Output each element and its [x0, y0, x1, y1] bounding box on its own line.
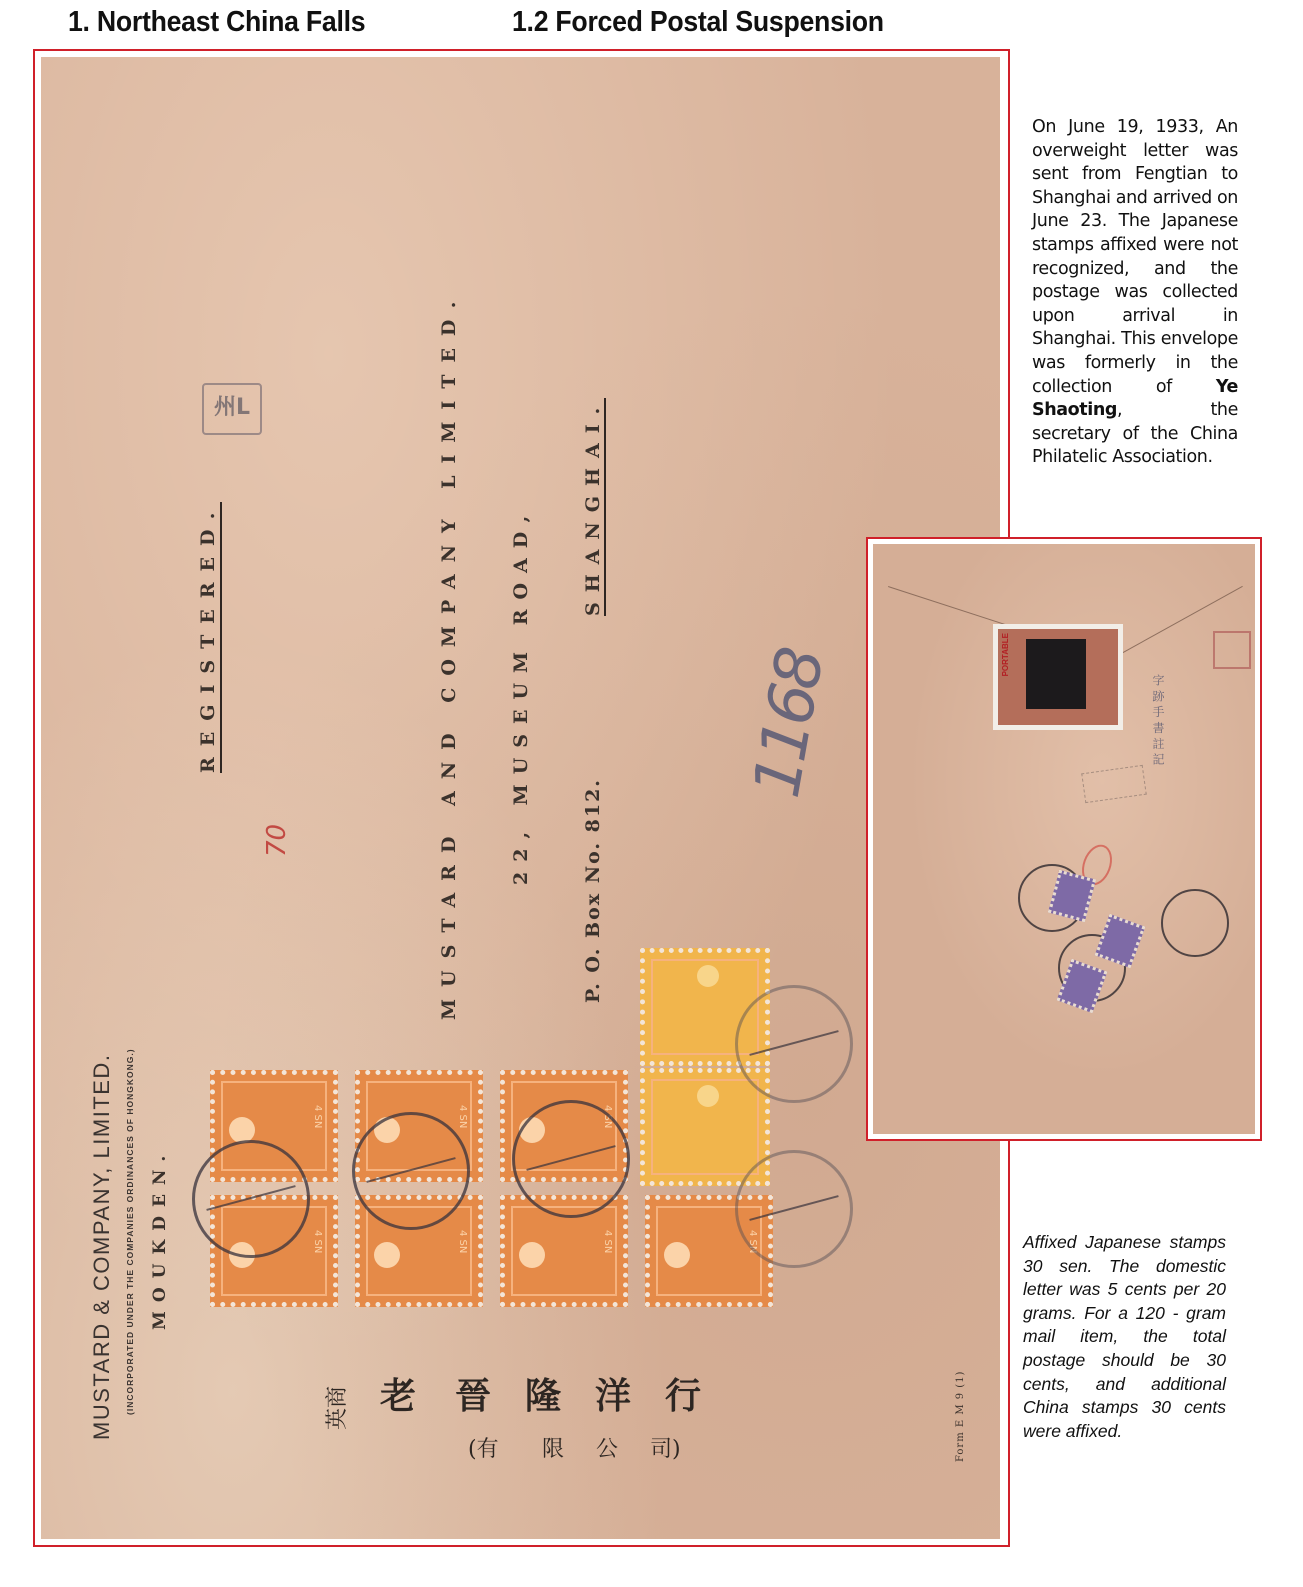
- sender-company-name: MUSTARD & COMPANY, LIMITED.: [89, 1054, 115, 1440]
- envelope-back-image: PORTABLE 字 跡 手 書 註 記: [873, 544, 1255, 1134]
- recipient-line-1: MUSTARD AND COMPANY LIMITED.: [438, 290, 460, 1020]
- description-part: On June 19, 1933, An overweight letter w…: [1032, 117, 1238, 397]
- subsection-title: 1.2 Forced Postal Suspension: [512, 6, 884, 39]
- label-stamp-text: PORTABLE: [1001, 633, 1010, 676]
- chinese-char: (有: [468, 1432, 499, 1463]
- postmark-cancel: [735, 985, 853, 1103]
- chinese-char: 老: [380, 1368, 416, 1419]
- chinese-char: 洋: [595, 1368, 631, 1419]
- small-paper-label: [1081, 765, 1147, 803]
- registered-mark: REGISTERED.: [197, 502, 222, 773]
- sender-incorporation-note: (INCORPORATED UNDER THE COMPANIES ORDINA…: [125, 1048, 135, 1415]
- chinese-prefix: 英商: [320, 1386, 351, 1430]
- form-number: Form E M 9 (1): [955, 1371, 966, 1462]
- recipient-line-4: SHANGHAI.: [582, 398, 606, 616]
- section-title: 1. Northeast China Falls: [68, 6, 365, 39]
- recipient-line-3: P. O. Box No. 812.: [582, 778, 604, 1003]
- postmark-cancel: [352, 1112, 470, 1230]
- poster-label-stamp: PORTABLE: [993, 624, 1123, 730]
- description-text: On June 19, 1933, An overweight letter w…: [1032, 116, 1238, 470]
- shanghai-arrival-postmark: [1161, 889, 1229, 957]
- postmark-cancel: [735, 1150, 853, 1268]
- red-crayon-annotation: 70: [262, 824, 292, 857]
- registration-handstamp: 州L: [202, 383, 262, 435]
- chinese-char: 公: [596, 1432, 618, 1463]
- postage-footnote: Affixed Japanese stamps 30 sen. The dome…: [1023, 1231, 1226, 1443]
- envelope-back-frame: PORTABLE 字 跡 手 書 註 記: [866, 537, 1262, 1141]
- postmark-cancel: [512, 1100, 630, 1218]
- chinese-char: 行: [665, 1368, 701, 1419]
- sender-city: MOUKDEN.: [150, 1147, 170, 1330]
- chinese-company-name: 英商 老 晉 隆 洋 行 (有 限 公 司): [310, 1360, 730, 1480]
- chinese-char: 隆: [525, 1368, 561, 1419]
- recipient-line-2: 22, MUSEUM ROAD,: [510, 506, 532, 885]
- chinese-char: 晉: [455, 1368, 491, 1419]
- chinese-char: 限: [542, 1432, 564, 1463]
- red-seal-chop: [1213, 631, 1251, 669]
- pencil-notes: 字 跡 手 書 註 記: [1148, 674, 1168, 824]
- postmark-cancel: [192, 1140, 310, 1258]
- chinese-char: 司): [650, 1432, 681, 1463]
